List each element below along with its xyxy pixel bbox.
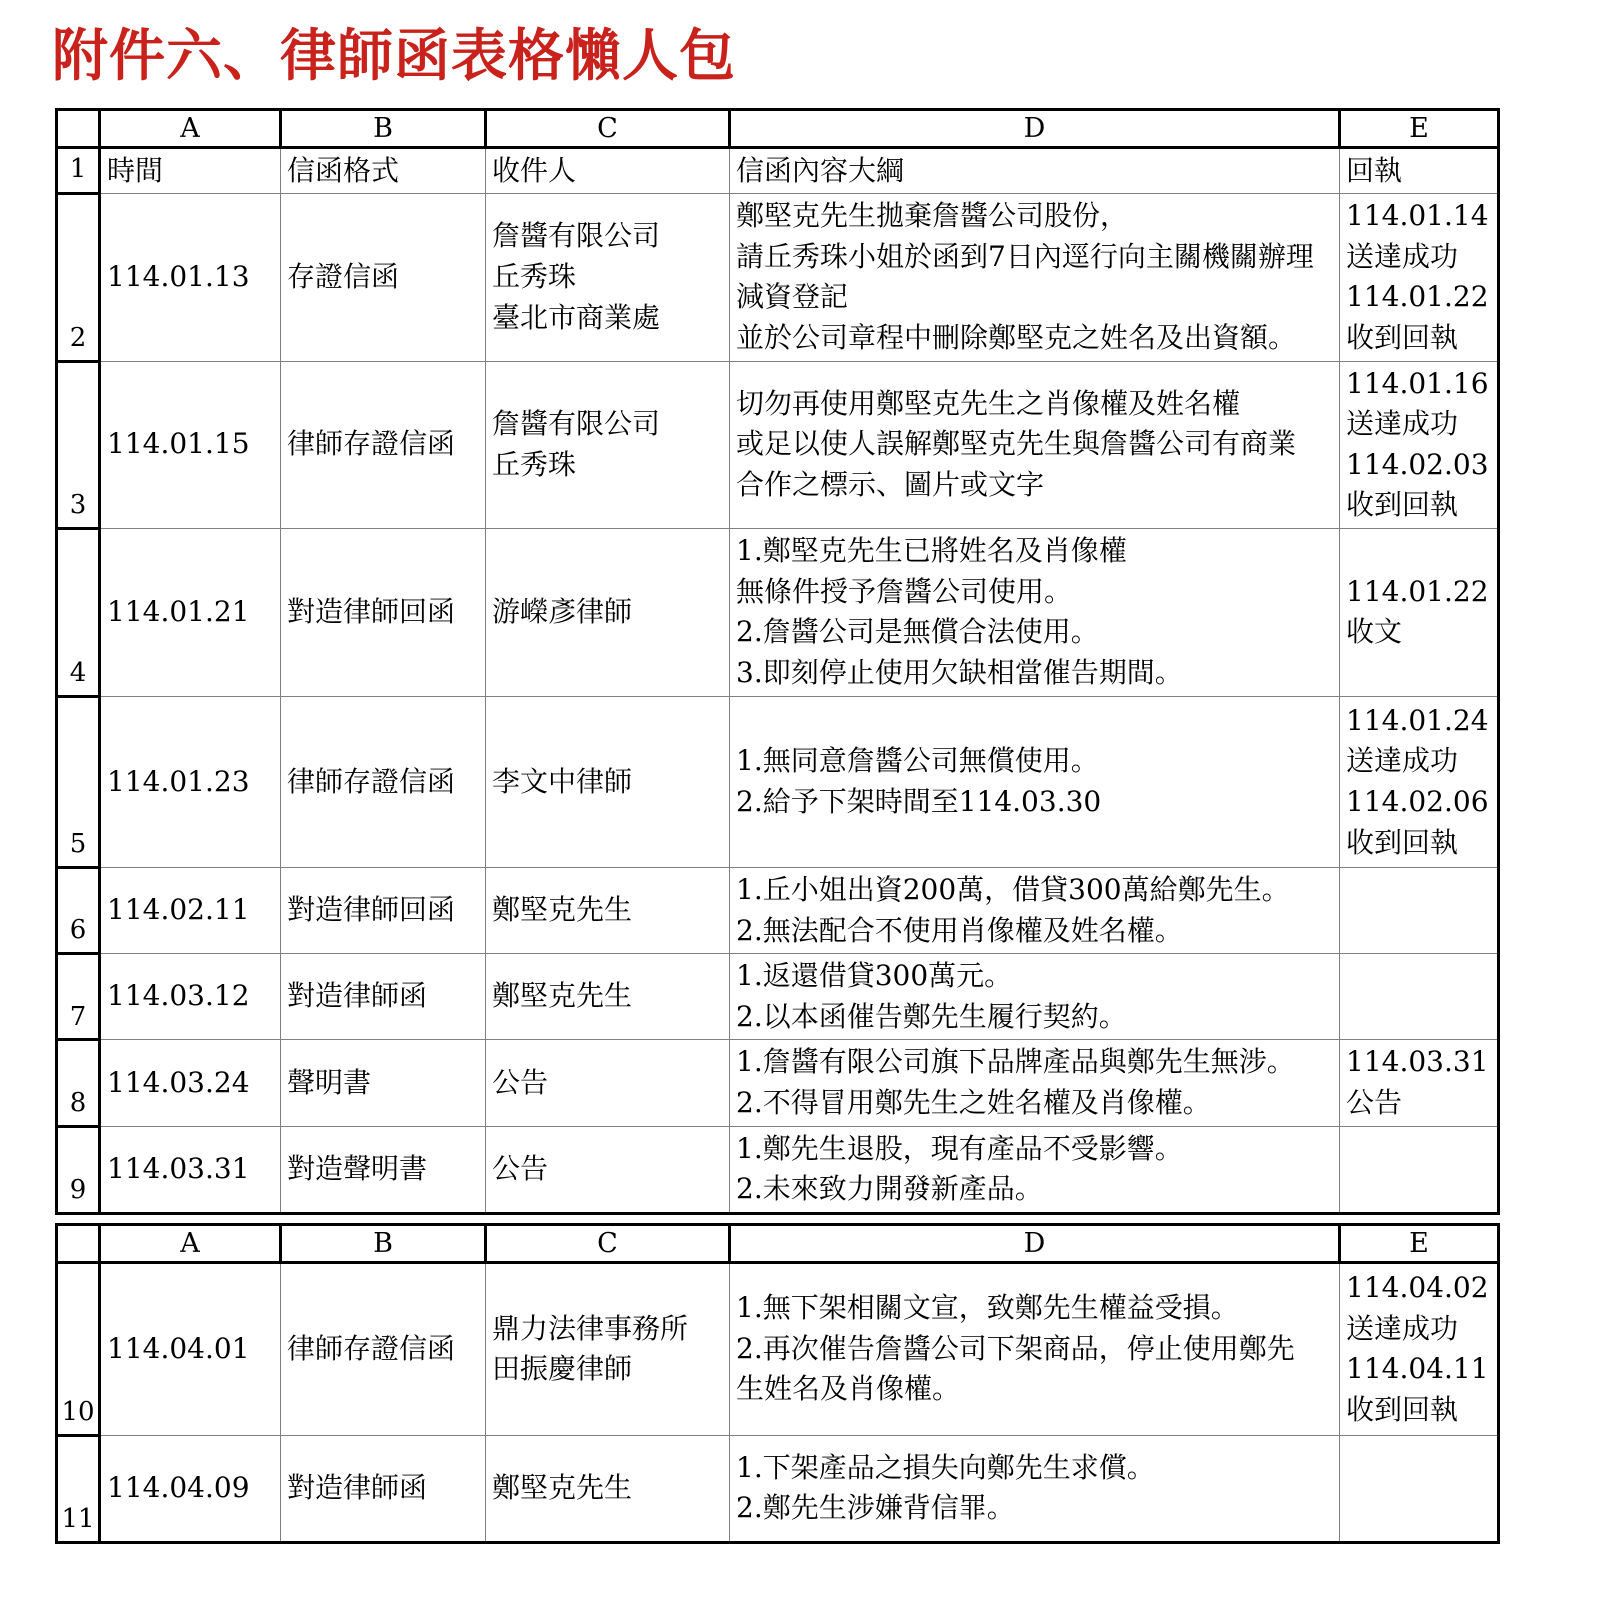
cell-time: 114.04.09	[100, 1435, 281, 1542]
cell-receipt: 114.01.14送達成功114.01.22收到回執	[1340, 194, 1499, 361]
column-letter-C: C	[486, 1224, 730, 1262]
cell-line: 切勿再使用鄭堅克先生之肖像權及姓名權	[736, 384, 1333, 425]
cell-line: 收到回執	[1346, 485, 1491, 526]
cell-line: 送達成功	[1346, 1309, 1491, 1350]
cell-content: 1.返還借貸300萬元。2.以本函催告鄭先生履行契約。	[730, 954, 1340, 1040]
table-row: 8114.03.24聲明書公告1.詹醬有限公司旗下品牌產品與鄭先生無涉。2.不得…	[57, 1040, 1499, 1126]
cell-line: 1.下架產品之損失向鄭先生求償。	[736, 1448, 1333, 1489]
row-number: 1	[57, 147, 100, 194]
cell-line: 送達成功	[1346, 404, 1491, 445]
cell-time: 時間	[100, 147, 281, 194]
cell-line: 鄭堅克先生	[492, 1468, 723, 1509]
cell-line: 李文中律師	[492, 762, 723, 803]
cell-receipt: 114.04.02送達成功114.04.11收到回執	[1340, 1262, 1499, 1435]
cell-line: 鄭堅克先生	[492, 976, 723, 1017]
cell-recipient: 收件人	[486, 147, 730, 194]
row-number: 4	[57, 528, 100, 696]
cell-line: 請丘秀珠小姐於函到7日內逕行向主關機關辦理	[736, 237, 1333, 278]
cell-recipient: 公告	[486, 1040, 730, 1126]
cell-content: 信函內容大綱	[730, 147, 1340, 194]
cell-receipt: 114.03.31公告	[1340, 1040, 1499, 1126]
row-number: 5	[57, 696, 100, 867]
field-header-row: 1時間信函格式收件人信函內容大綱回執	[57, 147, 1499, 194]
cell-line: 2.無法配合不使用肖像權及姓名權。	[736, 911, 1333, 952]
column-letter-D: D	[730, 109, 1340, 147]
column-letter-B: B	[281, 1224, 486, 1262]
column-letter-B: B	[281, 109, 486, 147]
letters-table-page-1: ABCDE1時間信函格式收件人信函內容大綱回執2114.01.13存證信函詹醬有…	[55, 108, 1500, 1215]
cell-time: 114.04.01	[100, 1262, 281, 1435]
cell-line: 114.01.16	[1346, 364, 1491, 405]
cell-receipt	[1340, 1126, 1499, 1213]
cell-line: 1.詹醬有限公司旗下品牌產品與鄭先生無涉。	[736, 1042, 1333, 1083]
cell-receipt	[1340, 954, 1499, 1040]
cell-format: 聲明書	[281, 1040, 486, 1126]
cell-line: 送達成功	[1346, 237, 1491, 278]
cell-recipient: 詹醬有限公司丘秀珠臺北市商業處	[486, 194, 730, 361]
cell-receipt	[1340, 867, 1499, 953]
table-row: 4114.01.21對造律師回函游嶸彥律師1.鄭堅克先生已將姓名及肖像權無條件授…	[57, 528, 1499, 696]
cell-line: 或足以使人誤解鄭堅克先生與詹醬公司有商業	[736, 424, 1333, 465]
column-letter-E: E	[1340, 1224, 1499, 1262]
column-letter-D: D	[730, 1224, 1340, 1262]
cell-recipient: 鼎力法律事務所田振慶律師	[486, 1262, 730, 1435]
cell-line: 鄭堅克先生拋棄詹醬公司股份，	[736, 196, 1333, 237]
cell-line: 臺北市商業處	[492, 298, 723, 339]
column-letter-A: A	[100, 1224, 281, 1262]
cell-line: 鄭堅克先生	[492, 890, 723, 931]
cell-line: 2.鄭先生涉嫌背信罪。	[736, 1488, 1333, 1529]
cell-line: 生姓名及肖像權。	[736, 1369, 1333, 1410]
cell-recipient: 鄭堅克先生	[486, 954, 730, 1040]
cell-line: 收到回執	[1346, 823, 1491, 864]
cell-line: 1.丘小姐出資200萬，借貸300萬給鄭先生。	[736, 870, 1333, 911]
corner-cell	[57, 1224, 100, 1262]
cell-line: 1.無下架相關文宣，致鄭先生權益受損。	[736, 1288, 1333, 1329]
table-row: 9114.03.31對造聲明書公告1.鄭先生退股，現有產品不受影響。2.未來致力…	[57, 1126, 1499, 1213]
cell-content: 1.無同意詹醬公司無償使用。2.給予下架時間至114.03.30	[730, 696, 1340, 867]
cell-content: 1.鄭先生退股，現有產品不受影響。2.未來致力開發新產品。	[730, 1126, 1340, 1213]
cell-line: 114.01.14	[1346, 196, 1491, 237]
cell-content: 1.詹醬有限公司旗下品牌產品與鄭先生無涉。2.不得冒用鄭先生之姓名權及肖像權。	[730, 1040, 1340, 1126]
cell-line: 114.02.03	[1346, 445, 1491, 486]
cell-time: 114.01.15	[100, 361, 281, 528]
column-letters-row: ABCDE	[57, 109, 1499, 147]
cell-format: 對造律師回函	[281, 528, 486, 696]
cell-line: 2.不得冒用鄭先生之姓名權及肖像權。	[736, 1083, 1333, 1124]
cell-format: 對造律師回函	[281, 867, 486, 953]
row-number: 10	[57, 1262, 100, 1435]
cell-line: 送達成功	[1346, 741, 1491, 782]
cell-line: 公告	[1346, 1083, 1491, 1124]
cell-line: 無條件授予詹醬公司使用。	[736, 572, 1333, 613]
cell-line: 2.詹醬公司是無償合法使用。	[736, 612, 1333, 653]
letters-table-page-2: ABCDE10114.04.01律師存證信函鼎力法律事務所田振慶律師1.無下架相…	[55, 1223, 1500, 1544]
cell-recipient: 詹醬有限公司丘秀珠	[486, 361, 730, 528]
cell-recipient: 鄭堅克先生	[486, 867, 730, 953]
table-row: 7114.03.12對造律師函鄭堅克先生1.返還借貸300萬元。2.以本函催告鄭…	[57, 954, 1499, 1040]
cell-receipt: 回執	[1340, 147, 1499, 194]
table-row: 2114.01.13存證信函詹醬有限公司丘秀珠臺北市商業處鄭堅克先生拋棄詹醬公司…	[57, 194, 1499, 361]
cell-format: 對造律師函	[281, 954, 486, 1040]
cell-line: 減資登記	[736, 277, 1333, 318]
cell-content: 1.丘小姐出資200萬，借貸300萬給鄭先生。2.無法配合不使用肖像權及姓名權。	[730, 867, 1340, 953]
cell-format: 對造律師函	[281, 1435, 486, 1542]
cell-line: 收文	[1346, 612, 1491, 653]
cell-time: 114.01.13	[100, 194, 281, 361]
row-number: 3	[57, 361, 100, 528]
cell-line: 詹醬有限公司	[492, 216, 723, 257]
cell-line: 1.返還借貸300萬元。	[736, 956, 1333, 997]
table-2-body: ABCDE10114.04.01律師存證信函鼎力法律事務所田振慶律師1.無下架相…	[57, 1224, 1499, 1542]
column-letter-E: E	[1340, 109, 1499, 147]
cell-line: 游嶸彥律師	[492, 592, 723, 633]
cell-line: 114.04.11	[1346, 1349, 1491, 1390]
cell-line: 丘秀珠	[492, 257, 723, 298]
cell-line: 1.鄭先生退股，現有產品不受影響。	[736, 1129, 1333, 1170]
column-letter-A: A	[100, 109, 281, 147]
cell-line: 丘秀珠	[492, 445, 723, 486]
cell-line: 1.鄭堅克先生已將姓名及肖像權	[736, 531, 1333, 572]
cell-line: 合作之標示、圖片或文字	[736, 465, 1333, 506]
cell-line: 2.給予下架時間至114.03.30	[736, 782, 1333, 823]
cell-content: 1.鄭堅克先生已將姓名及肖像權無條件授予詹醬公司使用。2.詹醬公司是無償合法使用…	[730, 528, 1340, 696]
cell-line: 收到回執	[1346, 318, 1491, 359]
cell-line: 2.以本函催告鄭先生履行契約。	[736, 997, 1333, 1038]
row-number: 6	[57, 867, 100, 953]
row-number: 2	[57, 194, 100, 361]
cell-format: 律師存證信函	[281, 1262, 486, 1435]
cell-line: 鼎力法律事務所	[492, 1309, 723, 1350]
cell-line: 並於公司章程中刪除鄭堅克之姓名及出資額。	[736, 318, 1333, 359]
cell-time: 114.03.12	[100, 954, 281, 1040]
cell-line: 114.01.24	[1346, 701, 1491, 742]
corner-cell	[57, 109, 100, 147]
cell-line: 公告	[492, 1063, 723, 1104]
page-title: 附件六、律師函表格懶人包	[52, 26, 1600, 88]
cell-receipt	[1340, 1435, 1499, 1542]
cell-time: 114.01.21	[100, 528, 281, 696]
cell-time: 114.03.31	[100, 1126, 281, 1213]
cell-line: 田振慶律師	[492, 1349, 723, 1390]
row-number: 7	[57, 954, 100, 1040]
cell-recipient: 鄭堅克先生	[486, 1435, 730, 1542]
cell-time: 114.02.11	[100, 867, 281, 953]
row-number: 9	[57, 1126, 100, 1213]
cell-time: 114.03.24	[100, 1040, 281, 1126]
cell-line: 收到回執	[1346, 1390, 1491, 1431]
table-row: 10114.04.01律師存證信函鼎力法律事務所田振慶律師1.無下架相關文宣，致…	[57, 1262, 1499, 1435]
cell-line: 1.無同意詹醬公司無償使用。	[736, 741, 1333, 782]
cell-line: 114.01.22	[1346, 572, 1491, 613]
row-number: 8	[57, 1040, 100, 1126]
cell-content: 1.無下架相關文宣，致鄭先生權益受損。2.再次催告詹醬公司下架商品，停止使用鄭先…	[730, 1262, 1340, 1435]
column-letters-row: ABCDE	[57, 1224, 1499, 1262]
cell-line: 2.未來致力開發新產品。	[736, 1169, 1333, 1210]
cell-receipt: 114.01.22收文	[1340, 528, 1499, 696]
cell-line: 114.02.06	[1346, 782, 1491, 823]
cell-content: 鄭堅克先生拋棄詹醬公司股份，請丘秀珠小姐於函到7日內逕行向主關機關辦理減資登記並…	[730, 194, 1340, 361]
cell-line: 2.再次催告詹醬公司下架商品，停止使用鄭先	[736, 1329, 1333, 1370]
cell-receipt: 114.01.16送達成功114.02.03收到回執	[1340, 361, 1499, 528]
cell-line: 114.04.02	[1346, 1268, 1491, 1309]
table-row: 3114.01.15律師存證信函詹醬有限公司丘秀珠切勿再使用鄭堅克先生之肖像權及…	[57, 361, 1499, 528]
row-number: 11	[57, 1435, 100, 1542]
cell-content: 1.下架產品之損失向鄭先生求償。2.鄭先生涉嫌背信罪。	[730, 1435, 1340, 1542]
cell-line: 114.03.31	[1346, 1042, 1491, 1083]
cell-recipient: 李文中律師	[486, 696, 730, 867]
table-row: 6114.02.11對造律師回函鄭堅克先生1.丘小姐出資200萬，借貸300萬給…	[57, 867, 1499, 953]
cell-receipt: 114.01.24送達成功114.02.06收到回執	[1340, 696, 1499, 867]
cell-time: 114.01.23	[100, 696, 281, 867]
cell-line: 詹醬有限公司	[492, 404, 723, 445]
table-1-body: ABCDE1時間信函格式收件人信函內容大綱回執2114.01.13存證信函詹醬有…	[57, 109, 1499, 1213]
cell-format: 信函格式	[281, 147, 486, 194]
cell-line: 3.即刻停止使用欠缺相當催告期間。	[736, 653, 1333, 694]
cell-content: 切勿再使用鄭堅克先生之肖像權及姓名權或足以使人誤解鄭堅克先生與詹醬公司有商業合作…	[730, 361, 1340, 528]
cell-line: 公告	[492, 1149, 723, 1190]
cell-format: 律師存證信函	[281, 361, 486, 528]
cell-format: 存證信函	[281, 194, 486, 361]
cell-format: 對造聲明書	[281, 1126, 486, 1213]
cell-recipient: 游嶸彥律師	[486, 528, 730, 696]
cell-line: 114.01.22	[1346, 277, 1491, 318]
cell-format: 律師存證信函	[281, 696, 486, 867]
table-row: 5114.01.23律師存證信函李文中律師1.無同意詹醬公司無償使用。2.給予下…	[57, 696, 1499, 867]
table-row: 11114.04.09對造律師函鄭堅克先生1.下架產品之損失向鄭先生求償。2.鄭…	[57, 1435, 1499, 1542]
column-letter-C: C	[486, 109, 730, 147]
page: 附件六、律師函表格懶人包 ABCDE1時間信函格式收件人信函內容大綱回執2114…	[0, 0, 1600, 1600]
cell-recipient: 公告	[486, 1126, 730, 1213]
